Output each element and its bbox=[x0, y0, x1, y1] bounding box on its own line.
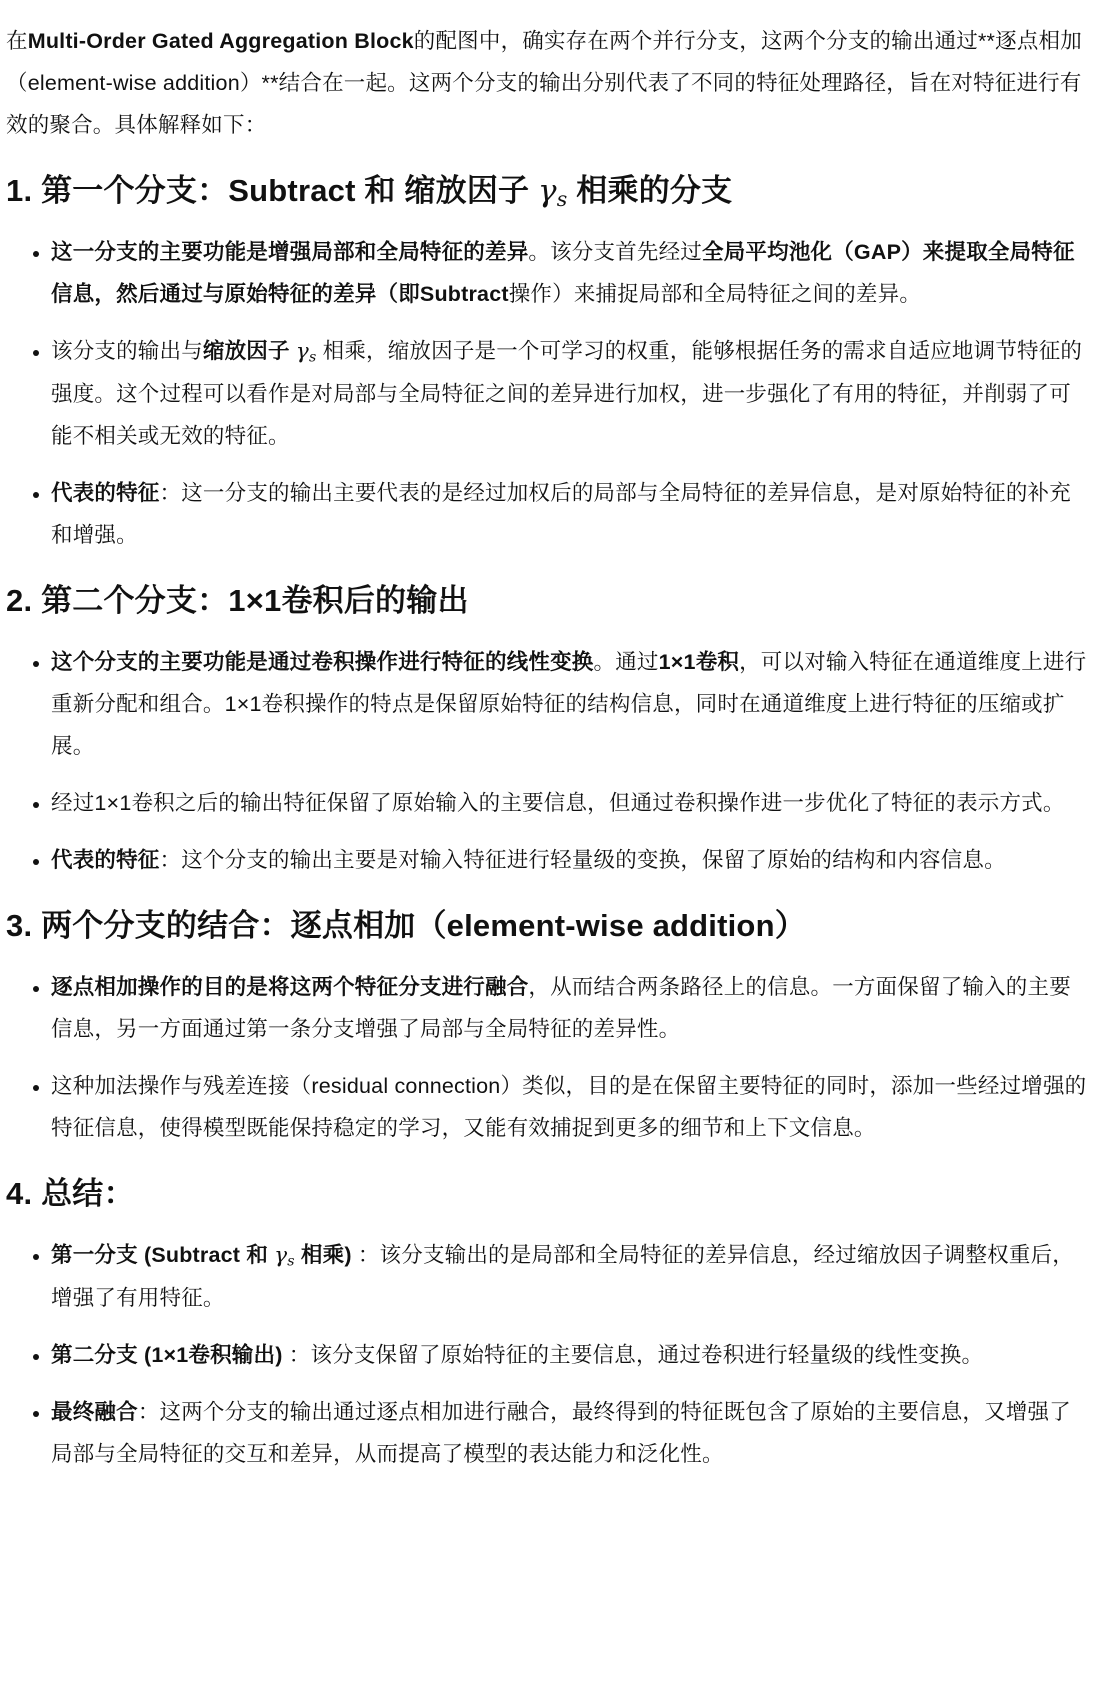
section-second-branch-list: 这个分支的主要功能是通过卷积操作进行特征的线性变换。通过1×1卷积，可以对输入特… bbox=[6, 641, 1089, 881]
section-combination-list: 逐点相加操作的目的是将这两个特征分支进行融合，从而结合两条路径上的信息。一方面保… bbox=[6, 966, 1089, 1149]
answer-document: 在Multi-Order Gated Aggregation Block的配图中… bbox=[6, 20, 1089, 1475]
list-item: 代表的特征：这个分支的输出主要是对输入特征进行轻量级的变换，保留了原始的结构和内… bbox=[51, 839, 1089, 881]
intro-paragraph: 在Multi-Order Gated Aggregation Block的配图中… bbox=[6, 20, 1089, 146]
list-item: 最终融合：这两个分支的输出通过逐点相加进行融合，最终得到的特征既包含了原始的主要… bbox=[51, 1391, 1089, 1475]
list-item: 这一分支的主要功能是增强局部和全局特征的差异。该分支首先经过全局平均池化（GAP… bbox=[51, 231, 1089, 315]
section-summary-heading: 4. 总结： bbox=[6, 1173, 1089, 1215]
list-item: 第一分支 (Subtract 和 γs 相乘) ：该分支输出的是局部和全局特征的… bbox=[51, 1234, 1089, 1319]
section-combination-heading: 3. 两个分支的结合：逐点相加（element-wise addition） bbox=[6, 905, 1089, 947]
list-item: 经过1×1卷积之后的输出特征保留了原始输入的主要信息，但通过卷积操作进一步优化了… bbox=[51, 782, 1089, 824]
section-summary-list: 第一分支 (Subtract 和 γs 相乘) ：该分支输出的是局部和全局特征的… bbox=[6, 1234, 1089, 1475]
section-first-branch-heading: 1. 第一个分支：Subtract 和 缩放因子 γs 相乘的分支 bbox=[6, 170, 1089, 212]
section-second-branch: 2. 第二个分支：1×1卷积后的输出 这个分支的主要功能是通过卷积操作进行特征的… bbox=[6, 580, 1089, 881]
list-item: 第二分支 (1×1卷积输出) ：该分支保留了原始特征的主要信息，通过卷积进行轻量… bbox=[51, 1334, 1089, 1376]
list-item: 这种加法操作与残差连接（residual connection）类似，目的是在保… bbox=[51, 1065, 1089, 1149]
section-summary: 4. 总结： 第一分支 (Subtract 和 γs 相乘) ：该分支输出的是局… bbox=[6, 1173, 1089, 1475]
document-page: { "page": { "colors": { "background": "#… bbox=[0, 0, 1109, 1684]
list-item: 这个分支的主要功能是通过卷积操作进行特征的线性变换。通过1×1卷积，可以对输入特… bbox=[51, 641, 1089, 767]
list-item: 代表的特征：这一分支的输出主要代表的是经过加权后的局部与全局特征的差异信息，是对… bbox=[51, 472, 1089, 556]
section-first-branch-list: 这一分支的主要功能是增强局部和全局特征的差异。该分支首先经过全局平均池化（GAP… bbox=[6, 231, 1089, 556]
section-second-branch-heading: 2. 第二个分支：1×1卷积后的输出 bbox=[6, 580, 1089, 622]
section-combination: 3. 两个分支的结合：逐点相加（element-wise addition） 逐… bbox=[6, 905, 1089, 1149]
section-first-branch: 1. 第一个分支：Subtract 和 缩放因子 γs 相乘的分支 这一分支的主… bbox=[6, 170, 1089, 556]
list-item: 该分支的输出与缩放因子 γs 相乘，缩放因子是一个可学习的权重，能够根据任务的需… bbox=[51, 330, 1089, 457]
list-item: 逐点相加操作的目的是将这两个特征分支进行融合，从而结合两条路径上的信息。一方面保… bbox=[51, 966, 1089, 1050]
